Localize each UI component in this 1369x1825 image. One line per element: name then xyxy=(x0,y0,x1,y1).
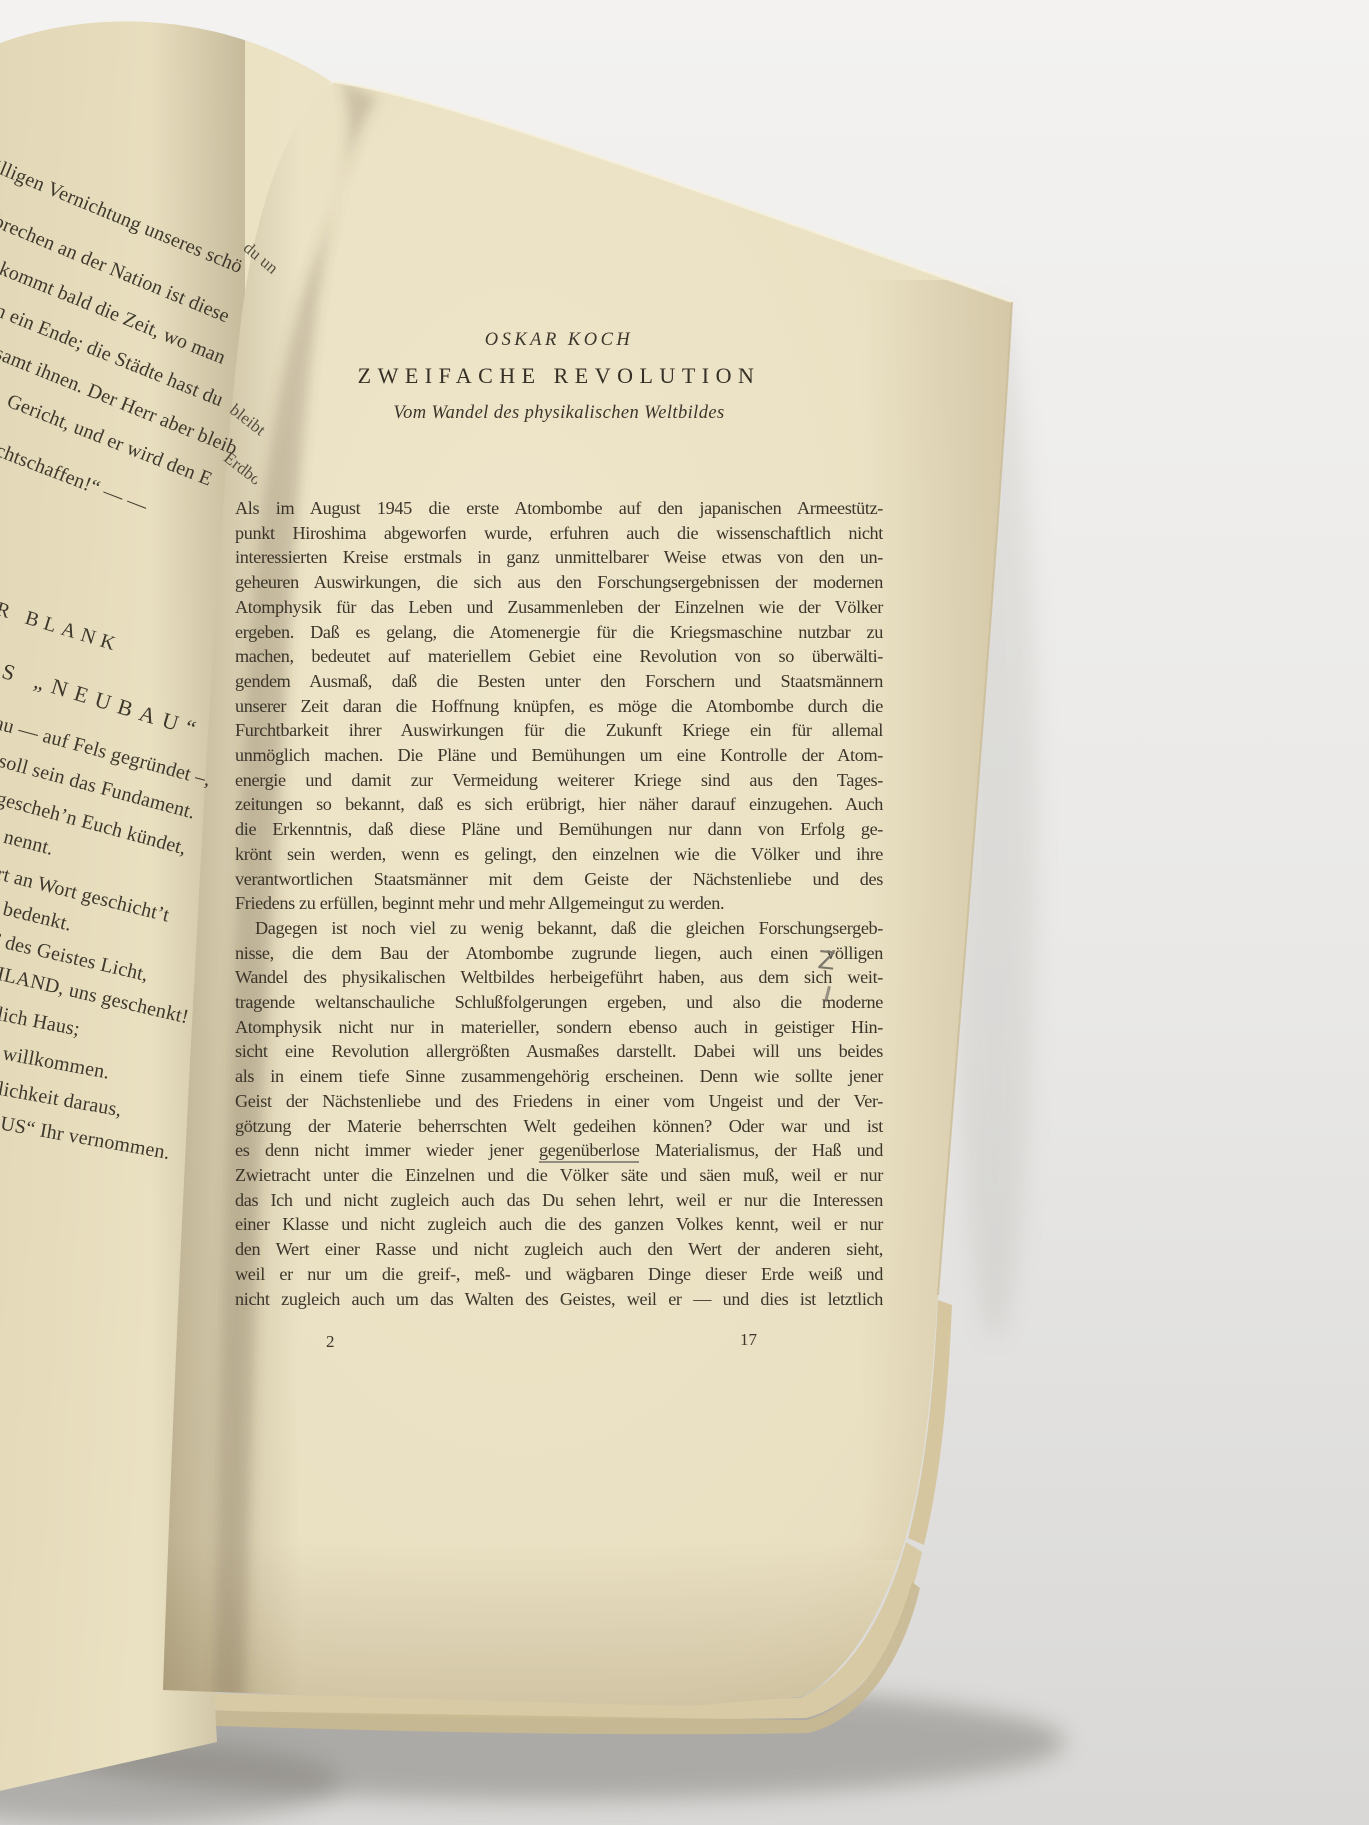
body-line: sicht eine Revolution allergrößten Ausma… xyxy=(235,1039,883,1064)
body-line: das Ich und nicht zugleich auch das Du s… xyxy=(235,1188,883,1213)
body-line: verantwortlichen Staatsmänner mit dem Ge… xyxy=(235,867,883,892)
body-line: machen, bedeutet auf materiellem Gebiet … xyxy=(235,644,883,669)
body-line: Zwietracht unter die Einzelnen und die V… xyxy=(235,1163,883,1188)
page-number: 17 xyxy=(740,1330,757,1350)
left-page-fragment: n nennt. xyxy=(0,822,56,861)
body-line: unserer Zeit daran die Hoffnung knüpfen,… xyxy=(235,694,883,719)
body-line: nisse, die dem Bau der Atombombe zugrund… xyxy=(235,941,883,966)
left-page-author-fragment: R BLANK xyxy=(0,598,124,658)
article-title: ZWEIFACHE REVOLUTION xyxy=(235,363,883,389)
body-line: Atomphysik nicht nur in materieller, son… xyxy=(235,1015,883,1040)
margin-annotation: Z xyxy=(817,945,837,976)
article-author: OSKAR KOCH xyxy=(235,330,883,351)
body-line: Dagegen ist noch viel zu wenig bekannt, … xyxy=(235,916,883,941)
body-line: krönt sein werden, wenn es gelingt, den … xyxy=(235,842,883,867)
body-line: ergeben. Daß es gelang, die Atomenergie … xyxy=(235,620,883,645)
left-page-fragment: bedenkt. xyxy=(1,898,74,937)
signature-mark: 2 xyxy=(326,1332,335,1352)
body-text: Als im August 1945 die erste Atombombe a… xyxy=(235,496,883,1311)
book-photo: völligen Vernichtung unseres schö erbrec… xyxy=(0,0,1369,1825)
pencil-underlined-word: gegenüberlose xyxy=(539,1140,640,1163)
body-line: Furchtbarkeit ihrer Auswirkungen für die… xyxy=(235,718,883,743)
body-line: Als im August 1945 die erste Atombombe a… xyxy=(235,496,883,521)
body-line: Atomphysik für das Leben und Zusammenleb… xyxy=(235,595,883,620)
body-line: weil er nur um die greif-, meß- und wägb… xyxy=(235,1262,883,1287)
body-line: die Erkenntnis, daß diese Pläne und Bemü… xyxy=(235,817,883,842)
body-line: punkt Hiroshima abgeworfen wurde, erfuhr… xyxy=(235,521,883,546)
body-line-text: Materialismus, der Haß und xyxy=(639,1140,883,1160)
body-line: interessierten Kreise erstmals in ganz u… xyxy=(235,545,883,570)
body-line: Wandel des physikalischen Weltbildes her… xyxy=(235,965,883,990)
body-line: es denn nicht immer wieder jener gegenüb… xyxy=(235,1138,883,1163)
body-line: geheuren Auswirkungen, die sich aus den … xyxy=(235,570,883,595)
left-page-fragment: AUS“ Ihr vernommen. xyxy=(0,1110,172,1165)
left-page-fragment: s willkommen. xyxy=(0,1040,111,1085)
body-line: einer Klasse und nicht zugleich auch die… xyxy=(235,1212,883,1237)
body-line: götzung der Materie beherrschten Welt ge… xyxy=(235,1114,883,1139)
body-line-text: es denn nicht immer wieder jener xyxy=(235,1140,539,1160)
body-line: tragende weltanschauliche Schlußfolgerun… xyxy=(235,990,883,1015)
body-line: energie und damit zur Vermeidung weitere… xyxy=(235,768,883,793)
left-page-fragment: völligen Vernichtung unseres schö xyxy=(0,150,246,279)
body-line: gendem Ausmaß, daß die Besten unter den … xyxy=(235,669,883,694)
right-page: OSKAR KOCH ZWEIFACHE REVOLUTION Vom Wand… xyxy=(235,330,883,1430)
article-subtitle: Vom Wandel des physikalischen Weltbildes xyxy=(235,403,883,424)
left-page-curl-fragment: du un xyxy=(239,238,282,279)
left-page-fragment: tlich Haus; xyxy=(0,1002,82,1042)
body-line: Friedens zu erfüllen, beginnt mehr und m… xyxy=(235,891,883,916)
body-line: nicht zugleich auch um das Walten des Ge… xyxy=(235,1287,883,1312)
body-line: als in einem tiefe Sinne zusammengehörig… xyxy=(235,1064,883,1089)
body-line: Geist der Nächstenliebe und des Friedens… xyxy=(235,1089,883,1114)
body-line: zeitungen so bekannt, daß es sich erübri… xyxy=(235,792,883,817)
body-line: den Wert einer Rasse und nicht zugleich … xyxy=(235,1237,883,1262)
body-line: unmöglich machen. Die Pläne und Bemühung… xyxy=(235,743,883,768)
